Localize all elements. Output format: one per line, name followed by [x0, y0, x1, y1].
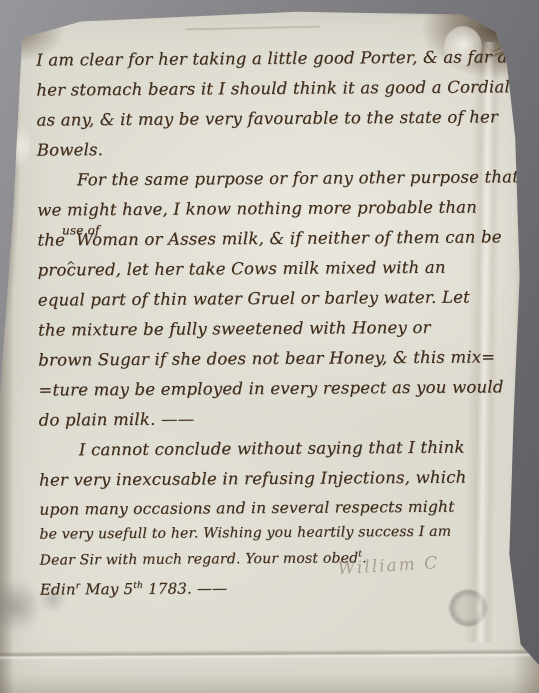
- smudge-left-edge: [2, 118, 30, 174]
- dateline-date-superscript: th: [133, 581, 143, 591]
- faded-signature: William C: [337, 550, 440, 582]
- letter-line: her very inexcusable in refusing Injecti…: [39, 462, 491, 495]
- letter-line: the mixture be fully sweetened with Hone…: [38, 312, 490, 345]
- line-text-after: Woman or Asses milk, & if neither of the…: [76, 227, 502, 249]
- manuscript-page: I am clear for her taking a little good …: [0, 0, 539, 693]
- dateline-place: Edin: [40, 580, 76, 598]
- insertion-caret: ^: [66, 260, 75, 271]
- letter-line: Bowels.: [37, 132, 489, 165]
- letter-line: procured, let her take Cows milk mixed w…: [38, 252, 490, 285]
- inserted-text: use of: [62, 224, 100, 236]
- smudge-bottom-left: [0, 578, 40, 634]
- letter-line: I cannot conclude without saying that I …: [39, 432, 491, 465]
- letter-line: her stomach bears it I should think it a…: [36, 72, 488, 105]
- letter-line: equal part of thin water Gruel or barley…: [38, 282, 490, 315]
- dateline-year: 1783. ——: [143, 579, 227, 598]
- letter-line: do plain milk. ——: [39, 402, 491, 435]
- letter-line: upon many occasions and in several respe…: [39, 492, 491, 523]
- letter-line: =ture may be employed in every respect a…: [38, 372, 490, 405]
- horizontal-fold-crease: [0, 649, 539, 661]
- letter-closing-line: be very usefull to her. Wishing you hear…: [39, 520, 491, 545]
- letter-body: I am clear for her taking a little good …: [36, 42, 492, 602]
- dateline-date: May 5: [80, 580, 133, 598]
- letter-line: For the same purpose or for any other pu…: [37, 162, 489, 195]
- letter-line: brown Sugar if she does not bear Honey, …: [38, 342, 490, 375]
- closing-text: Dear Sir with much regard. Your most obe…: [40, 550, 359, 568]
- letter-line: as any, & it may be very favourable to t…: [36, 102, 488, 135]
- letter-line: I am clear for her taking a little good …: [36, 42, 488, 75]
- paper-scratch: [185, 26, 320, 31]
- photograph-of-letter: I am clear for her taking a little good …: [0, 0, 539, 693]
- letter-line: we might have, I know nothing more proba…: [37, 192, 489, 225]
- dateline: Edinr May 5th 1783. ——William C: [40, 570, 492, 602]
- letter-line-with-insertion: theuse of^Woman or Asses milk, & if neit…: [37, 222, 489, 255]
- line-text-before: the: [37, 230, 65, 249]
